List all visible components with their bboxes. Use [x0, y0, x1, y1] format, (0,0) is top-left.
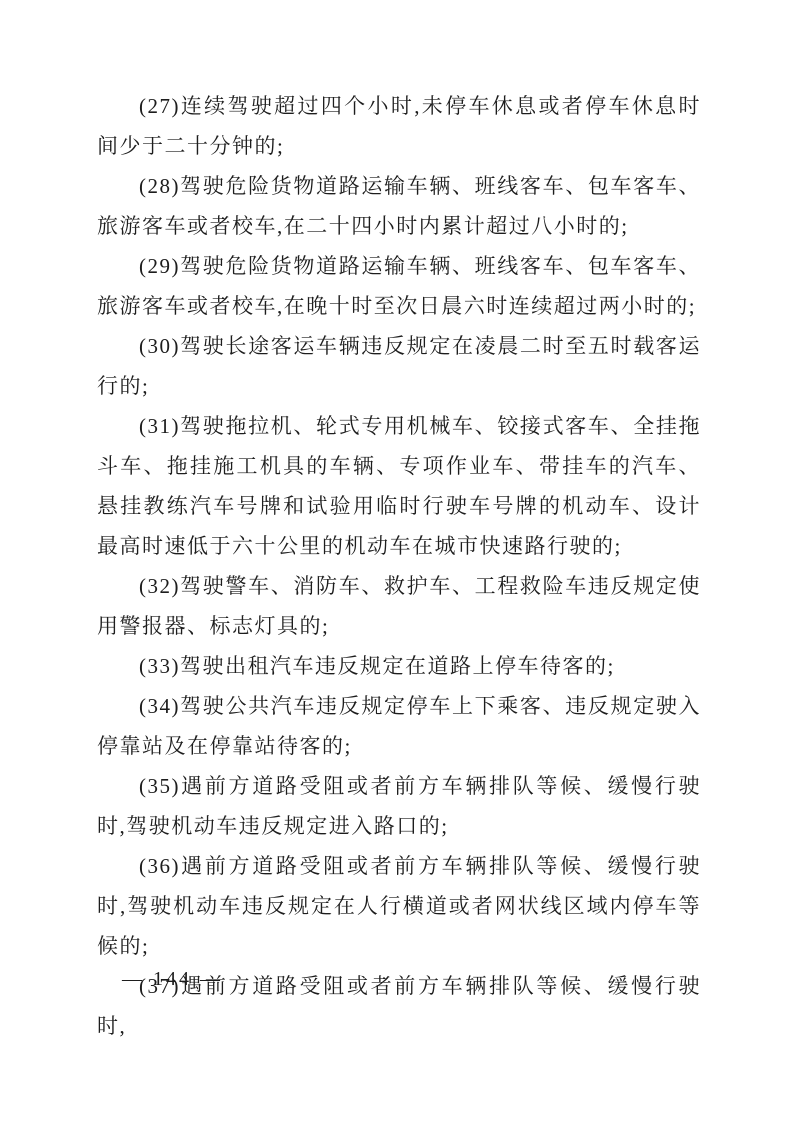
page-number: — 144 — [122, 966, 223, 992]
paragraph-33: (33)驾驶出租汽车违反规定在道路上停车待客的; [97, 646, 701, 686]
document-body: (27)连续驾驶超过四个小时,未停车休息或者停车休息时间少于二十分钟的;(28)… [97, 86, 701, 1046]
paragraph-31: (31)驾驶拖拉机、轮式专用机械车、铰接式客车、全挂拖斗车、拖挂施工机具的车辆、… [97, 406, 701, 566]
paragraph-34: (34)驾驶公共汽车违反规定停车上下乘客、违反规定驶入停靠站及在停靠站待客的; [97, 686, 701, 766]
paragraph-29: (29)驾驶危险货物道路运输车辆、班线客车、包车客车、旅游客车或者校车,在晚十时… [97, 246, 701, 326]
paragraph-36: (36)遇前方道路受阻或者前方车辆排队等候、缓慢行驶时,驾驶机动车违反规定在人行… [97, 846, 701, 966]
paragraph-28: (28)驾驶危险货物道路运输车辆、班线客车、包车客车、旅游客车或者校车,在二十四… [97, 166, 701, 246]
document-page: (27)连续驾驶超过四个小时,未停车休息或者停车休息时间少于二十分钟的;(28)… [0, 0, 793, 1122]
paragraph-30: (30)驾驶长途客运车辆违反规定在凌晨二时至五时载客运行的; [97, 326, 701, 406]
paragraph-32: (32)驾驶警车、消防车、救护车、工程救险车违反规定使用警报器、标志灯具的; [97, 566, 701, 646]
paragraph-27: (27)连续驾驶超过四个小时,未停车休息或者停车休息时间少于二十分钟的; [97, 86, 701, 166]
paragraph-35: (35)遇前方道路受阻或者前方车辆排队等候、缓慢行驶时,驾驶机动车违反规定进入路… [97, 766, 701, 846]
